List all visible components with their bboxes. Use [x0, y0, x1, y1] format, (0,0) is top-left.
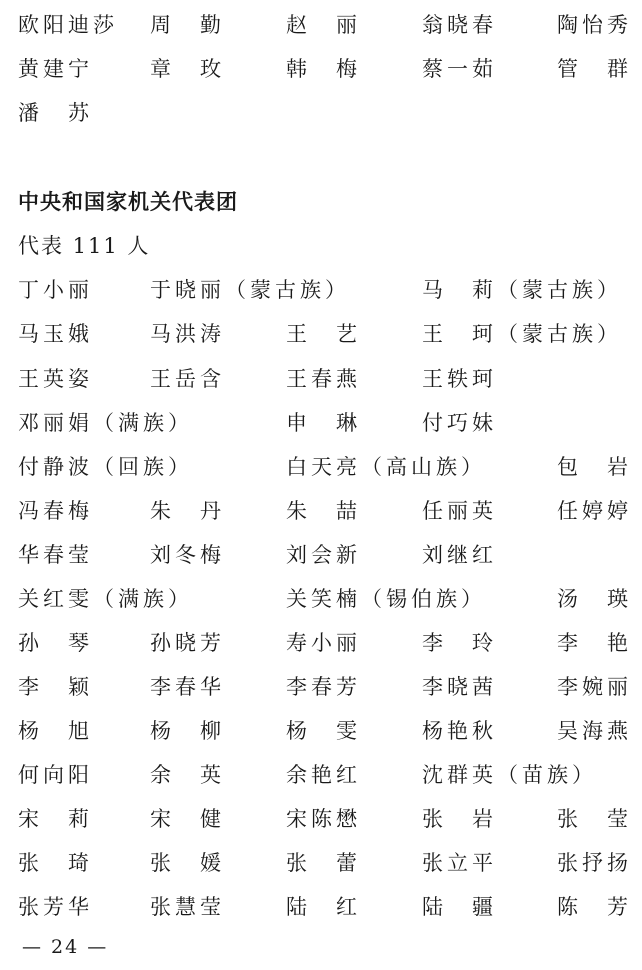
delegate-name: 张立平: [422, 848, 497, 878]
delegate-name: 杨 雯: [286, 716, 361, 746]
section-title: 中央和国家机关代表团: [18, 186, 238, 216]
delegate-name: 李 艳: [557, 628, 632, 658]
delegate-name: 任婷婷: [557, 496, 632, 526]
delegate-name: 马洪涛: [150, 319, 225, 349]
delegate-name: 王轶珂: [422, 364, 497, 394]
delegate-name: 余艳红: [286, 760, 361, 790]
delegate-name: 邓丽娟（满族）: [18, 408, 193, 438]
delegate-name: 张 蕾: [286, 848, 361, 878]
delegate-name: 张 莹: [557, 804, 632, 834]
delegate-name: 蔡一茹: [422, 54, 497, 84]
delegate-name: 杨 柳: [150, 716, 225, 746]
delegate-name: 张慧莹: [150, 892, 225, 922]
delegate-name: 黄建宁: [18, 54, 93, 84]
delegate-name: 王英姿: [18, 364, 93, 394]
delegate-name: 马 莉（蒙古族）: [422, 275, 622, 305]
name-row: 马玉娥 马洪涛 王 艺 王 珂（蒙古族）: [0, 319, 642, 349]
delegate-name: 余 英: [150, 760, 225, 790]
delegate-name: 孙 琴: [18, 628, 93, 658]
name-row: 冯春梅 朱 丹 朱 喆 任丽英 任婷婷: [0, 496, 642, 526]
delegate-name: 朱 喆: [286, 496, 361, 526]
name-row: 宋 莉 宋 健 宋陈懋 张 岩 张 莹: [0, 804, 642, 834]
delegate-name: 张 琦: [18, 848, 93, 878]
delegate-name: 何向阳: [18, 760, 93, 790]
delegate-name: 刘继红: [422, 540, 497, 570]
delegate-name: 王岳含: [150, 364, 225, 394]
name-row: 华春莹 刘冬梅 刘会新 刘继红: [0, 540, 642, 570]
delegate-name: 申 琳: [286, 408, 361, 438]
delegate-name: 王春燕: [286, 364, 361, 394]
delegate-name: 韩 梅: [286, 54, 361, 84]
delegate-name: 王 艺: [286, 319, 361, 349]
delegate-name: 潘 苏: [18, 98, 93, 128]
delegate-name: 朱 丹: [150, 496, 225, 526]
delegate-name: 张芳华: [18, 892, 93, 922]
delegate-name: 欧阳迪莎: [18, 10, 118, 40]
delegate-name: 陆 疆: [422, 892, 497, 922]
delegate-name: 丁小丽: [18, 275, 93, 305]
delegate-name: 刘会新: [286, 540, 361, 570]
delegate-name: 宋陈懋: [286, 804, 361, 834]
delegate-name: 吴海燕: [557, 716, 632, 746]
delegate-name: 宋 健: [150, 804, 225, 834]
delegate-name: 包 岩: [557, 452, 632, 482]
delegate-name: 付静波（回族）: [18, 452, 193, 482]
delegate-name: 冯春梅: [18, 496, 93, 526]
name-row: 付静波（回族） 白天亮（高山族） 包 岩: [0, 452, 642, 482]
delegate-name: 王 珂（蒙古族）: [422, 319, 622, 349]
name-row: 潘 苏: [0, 98, 642, 128]
page-number: — 24 —: [22, 936, 108, 958]
delegate-name: 汤 瑛: [557, 584, 632, 614]
delegate-name: 宋 莉: [18, 804, 93, 834]
name-row: 孙 琴 孙晓芳 寿小丽 李 玲 李 艳: [0, 628, 642, 658]
name-row: 欧阳迪莎 周 勤 赵 丽 翁晓春 陶怡秀: [0, 10, 642, 40]
delegate-name: 管 群: [557, 54, 632, 84]
delegate-name: 沈群英（苗族）: [422, 760, 597, 790]
delegate-name: 杨艳秋: [422, 716, 497, 746]
delegate-name: 张 媛: [150, 848, 225, 878]
delegate-name: 李 颖: [18, 672, 93, 702]
delegate-name: 周 勤: [150, 10, 225, 40]
name-row: 黄建宁 章 玫 韩 梅 蔡一茹 管 群: [0, 54, 642, 84]
name-row: 张芳华 张慧莹 陆 红 陆 疆 陈 芳: [0, 892, 642, 922]
delegate-name: 李春芳: [286, 672, 361, 702]
delegate-name: 张 岩: [422, 804, 497, 834]
name-row: 李 颖 李春华 李春芳 李晓茜 李婉丽: [0, 672, 642, 702]
delegate-name: 杨 旭: [18, 716, 93, 746]
delegate-name: 付巧妹: [422, 408, 497, 438]
name-row: 张 琦 张 媛 张 蕾 张立平 张抒扬: [0, 848, 642, 878]
name-row: 何向阳 余 英 余艳红 沈群英（苗族）: [0, 760, 642, 790]
delegate-name: 陈 芳: [557, 892, 632, 922]
name-row: 杨 旭 杨 柳 杨 雯 杨艳秋 吴海燕: [0, 716, 642, 746]
delegate-name: 寿小丽: [286, 628, 361, 658]
name-row: 关红雯（满族） 关笑楠（锡伯族） 汤 瑛: [0, 584, 642, 614]
delegate-name: 李婉丽: [557, 672, 632, 702]
delegate-name: 关笑楠（锡伯族）: [286, 584, 486, 614]
delegate-name: 刘冬梅: [150, 540, 225, 570]
delegate-count: 代表 111 人: [18, 231, 150, 261]
delegate-name: 章 玫: [150, 54, 225, 84]
delegate-name: 马玉娥: [18, 319, 93, 349]
delegate-name: 陆 红: [286, 892, 361, 922]
delegate-name: 翁晓春: [422, 10, 497, 40]
delegate-name: 孙晓芳: [150, 628, 225, 658]
delegate-name: 李春华: [150, 672, 225, 702]
delegate-name: 于晓丽（蒙古族）: [150, 275, 350, 305]
name-row: 丁小丽 于晓丽（蒙古族） 马 莉（蒙古族）: [0, 275, 642, 305]
name-row: 王英姿 王岳含 王春燕 王轶珂: [0, 364, 642, 394]
delegate-name: 华春莹: [18, 540, 93, 570]
name-row: 邓丽娟（满族） 申 琳 付巧妹: [0, 408, 642, 438]
delegate-name: 赵 丽: [286, 10, 361, 40]
delegate-name: 白天亮（高山族）: [286, 452, 486, 482]
delegate-name: 关红雯（满族）: [18, 584, 193, 614]
delegate-name: 任丽英: [422, 496, 497, 526]
delegate-name: 李晓茜: [422, 672, 497, 702]
delegate-name: 李 玲: [422, 628, 497, 658]
delegate-name: 陶怡秀: [557, 10, 632, 40]
delegate-name: 张抒扬: [557, 848, 632, 878]
